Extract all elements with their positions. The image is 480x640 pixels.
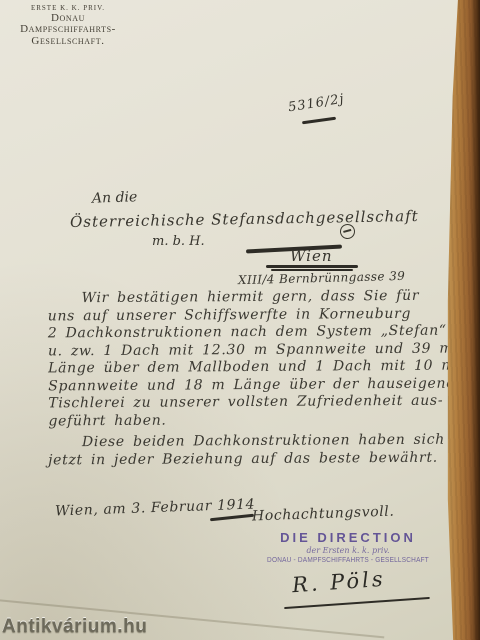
stamp-line-3: DONAU - DAMPFSCHIFFAHRTS - GESELLSCHAFT	[253, 556, 443, 564]
recipient-street: XIII/4 Bernbrünngasse 39	[238, 269, 405, 287]
body-line: geführt haben.	[48, 410, 452, 430]
stamp-line-1: DIE DIRECTION	[253, 530, 443, 545]
signature-underline-stroke	[284, 597, 430, 609]
city-underline-1	[266, 265, 358, 268]
antikvarium-watermark: Antikvárium.hu	[2, 616, 147, 638]
company-letterhead: ERSTE K. K. PRIV. Donau Dampfschiffahrts…	[10, 4, 126, 47]
recipient-salutation: An die	[92, 189, 138, 207]
letterhead-line-1: ERSTE K. K. PRIV.	[10, 4, 126, 12]
body-line: jetzt in jeder Beziehung auf das beste b…	[48, 449, 452, 469]
body-line: Tischlerei zu unserer vollsten Zufrieden…	[48, 393, 452, 413]
body-line: Wir bestätigen hiermit gern, dass Sie fü…	[48, 288, 452, 308]
letterhead-line-3: Gesellschaft.	[10, 36, 126, 47]
handwritten-signature: R. Pöls	[291, 567, 386, 597]
letter-paper: ERSTE K. K. PRIV. Donau Dampfschiffahrts…	[0, 0, 480, 640]
photographed-letter: ERSTE K. K. PRIV. Donau Dampfschiffahrts…	[0, 0, 480, 640]
reference-underline-stroke	[302, 117, 336, 124]
body-line: 2 Dachkonstruktionen nach dem System „St…	[48, 323, 452, 343]
recipient-name: Österreichische Stefansdachgesellschaft	[70, 207, 419, 231]
reference-number: 5316/2j	[287, 92, 345, 116]
closing-flourish-stroke	[210, 514, 254, 522]
recipient-city: Wien	[290, 247, 333, 265]
closing-phrase: Hochachtungsvoll.	[252, 504, 395, 525]
body-paragraph-1: Wir bestätigen hiermit gern, dass Sie fü…	[48, 288, 453, 431]
body-line: Diese beiden Dachkonstruktionen haben si…	[48, 432, 452, 452]
body-paragraph-2: Diese beiden Dachkonstruktionen haben si…	[48, 432, 452, 470]
letterhead-line-2: Donau Dampfschiffahrts-	[10, 13, 126, 35]
stamp-line-2: der Ersten k. k. priv.	[253, 546, 443, 555]
body-line: Länge über dem Mallboden und 1 Dach mit …	[48, 358, 452, 378]
direction-stamp: DIE DIRECTION der Ersten k. k. priv. DON…	[253, 530, 443, 564]
recipient-legal-form: m. b. H.	[152, 234, 205, 249]
